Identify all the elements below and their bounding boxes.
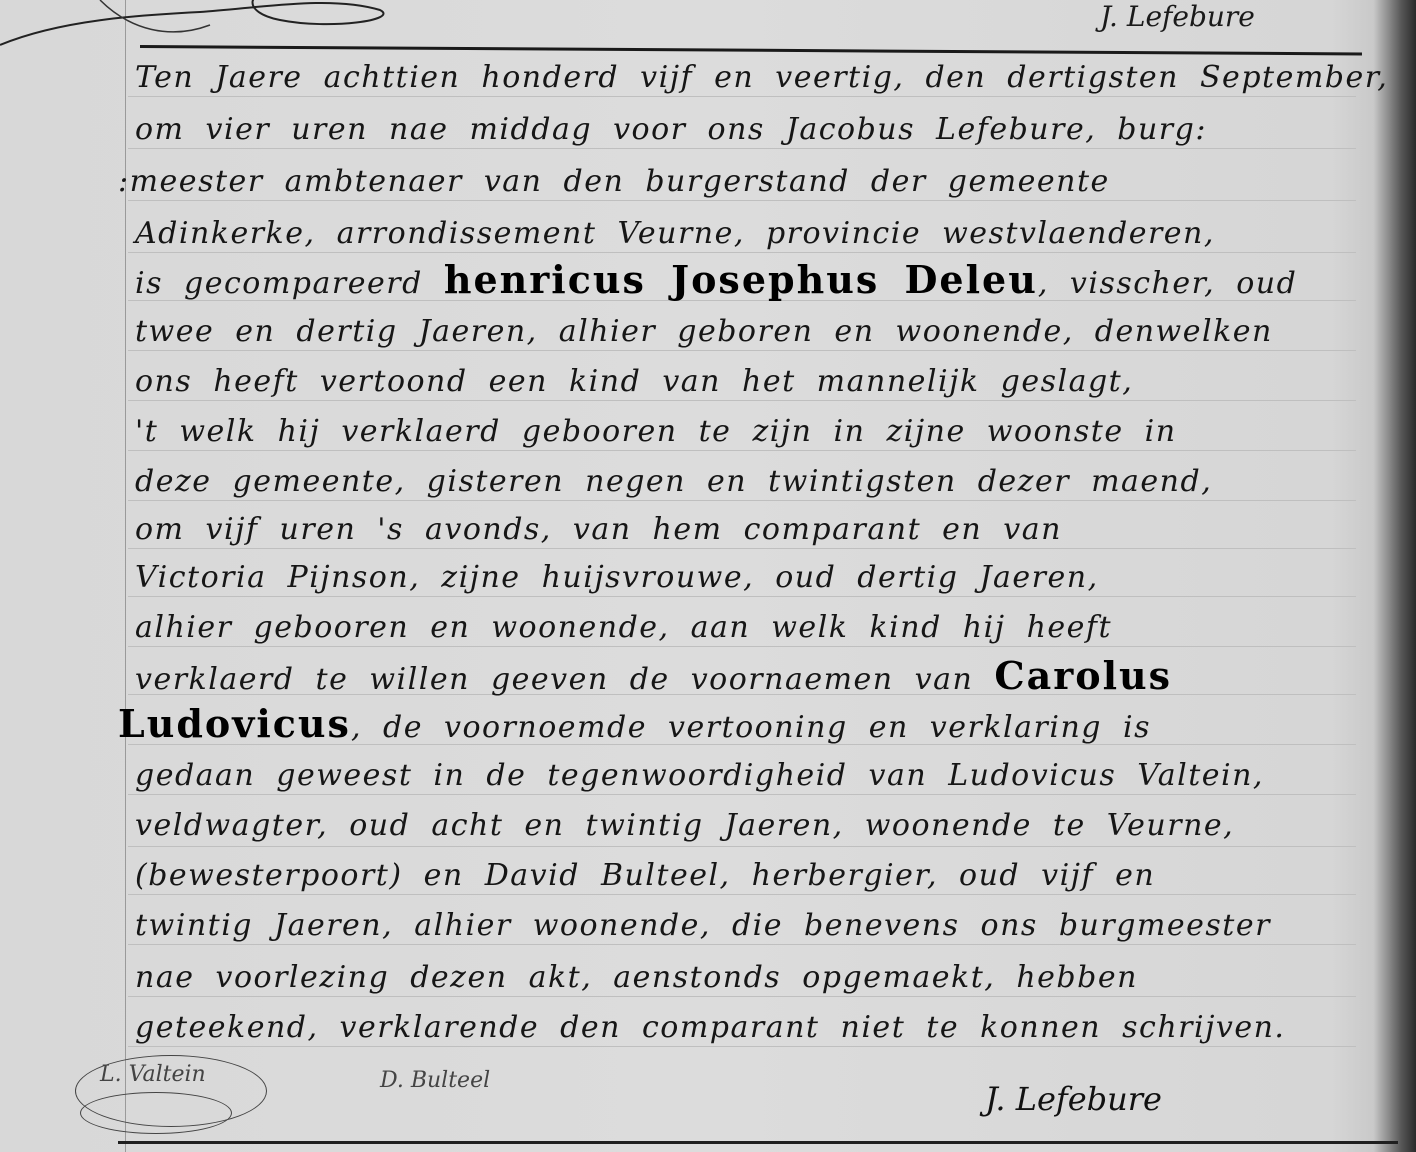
line-text: gedaan geweest in de tegenwoordigheid va… xyxy=(135,758,1264,793)
line-text: twee en dertig Jaeren, alhier geboren en… xyxy=(135,314,1273,349)
line-text: is gecompareerd xyxy=(135,266,444,301)
text-line-5: is gecompareerd henricus Josephus Deleu,… xyxy=(135,260,1365,304)
bottom-rule xyxy=(118,1141,1398,1144)
text-line-8: 't welk hij verklaerd gebooren te zijn i… xyxy=(135,412,1365,452)
text-line-18: twintig Jaeren, alhier woonende, die ben… xyxy=(135,906,1365,946)
header-signature: J. Lefebure xyxy=(1100,0,1255,33)
line-text: om vier uren nae middag voor ons Jacobus… xyxy=(135,112,1207,147)
text-line-1: Ten Jaere achttien honderd vijf en veert… xyxy=(135,58,1365,98)
text-line-3: :meester ambtenaer van den burgerstand d… xyxy=(118,162,1348,202)
line-text: , visscher, oud xyxy=(1038,266,1298,301)
line-text: Ten Jaere achttien honderd vijf en veert… xyxy=(135,60,1388,95)
text-line-10: om vijf uren 's avonds, van hem comparan… xyxy=(135,510,1365,550)
document-page: J. Lefebure Ten Jaere achttien honderd v… xyxy=(0,0,1416,1152)
line-text: :meester ambtenaer van den burgerstand d… xyxy=(118,164,1110,199)
child-first-name: Carolus xyxy=(994,653,1172,698)
line-text: nae voorlezing dezen akt, aenstonds opge… xyxy=(135,960,1138,995)
text-line-6: twee en dertig Jaeren, alhier geboren en… xyxy=(135,312,1365,352)
line-text: om vijf uren 's avonds, van hem comparan… xyxy=(135,512,1062,547)
text-line-17: (bewesterpoort) en David Bulteel, herber… xyxy=(135,856,1365,896)
text-line-14: Ludovicus, de voornoemde vertooning en v… xyxy=(118,704,1348,748)
line-text: ons heeft vertoond een kind van het mann… xyxy=(135,364,1133,399)
text-line-9: deze gemeente, gisteren negen en twintig… xyxy=(135,462,1365,502)
child-second-name: Ludovicus xyxy=(118,701,351,746)
line-text: veldwagter, oud acht en twintig Jaeren, … xyxy=(135,808,1234,843)
line-text: geteekend, verklarende den comparant nie… xyxy=(135,1010,1285,1045)
witness-2-signature: D. Bulteel xyxy=(380,1068,490,1093)
line-text: verklaerd te willen geeven de voornaemen… xyxy=(135,662,994,697)
father-name: henricus Josephus Deleu xyxy=(444,257,1038,302)
text-line-12: alhier gebooren en woonende, aan welk ki… xyxy=(135,608,1365,648)
witness-1-signature: L. Valtein xyxy=(100,1062,206,1087)
text-line-13: verklaerd te willen geeven de voornaemen… xyxy=(135,656,1365,700)
text-line-4: Adinkerke, arrondissement Veurne, provin… xyxy=(135,214,1365,254)
line-text: 't welk hij verklaerd gebooren te zijn i… xyxy=(135,414,1177,449)
signature-flourish xyxy=(80,1092,232,1134)
text-line-2: om vier uren nae middag voor ons Jacobus… xyxy=(135,110,1365,150)
line-text: Victoria Pijnson, zijne huijsvrouwe, oud… xyxy=(135,560,1099,595)
line-text: , de voornoemde vertooning en verklaring… xyxy=(351,710,1151,745)
line-text: deze gemeente, gisteren negen en twintig… xyxy=(135,464,1212,499)
text-line-7: ons heeft vertoond een kind van het mann… xyxy=(135,362,1365,402)
line-text: alhier gebooren en woonende, aan welk ki… xyxy=(135,610,1112,645)
text-line-16: veldwagter, oud acht en twintig Jaeren, … xyxy=(135,806,1365,846)
text-line-11: Victoria Pijnson, zijne huijsvrouwe, oud… xyxy=(135,558,1365,598)
flourish-decoration xyxy=(0,0,420,60)
text-line-20: geteekend, verklarende den comparant nie… xyxy=(135,1008,1365,1048)
line-text: (bewesterpoort) en David Bulteel, herber… xyxy=(135,858,1155,893)
mayor-signature: J. Lefebure xyxy=(985,1080,1162,1118)
ruled-line xyxy=(128,846,1356,847)
line-text: Adinkerke, arrondissement Veurne, provin… xyxy=(135,216,1215,251)
text-line-15: gedaan geweest in de tegenwoordigheid va… xyxy=(135,756,1365,796)
text-line-19: nae voorlezing dezen akt, aenstonds opge… xyxy=(135,958,1365,998)
line-text: twintig Jaeren, alhier woonende, die ben… xyxy=(135,908,1271,943)
